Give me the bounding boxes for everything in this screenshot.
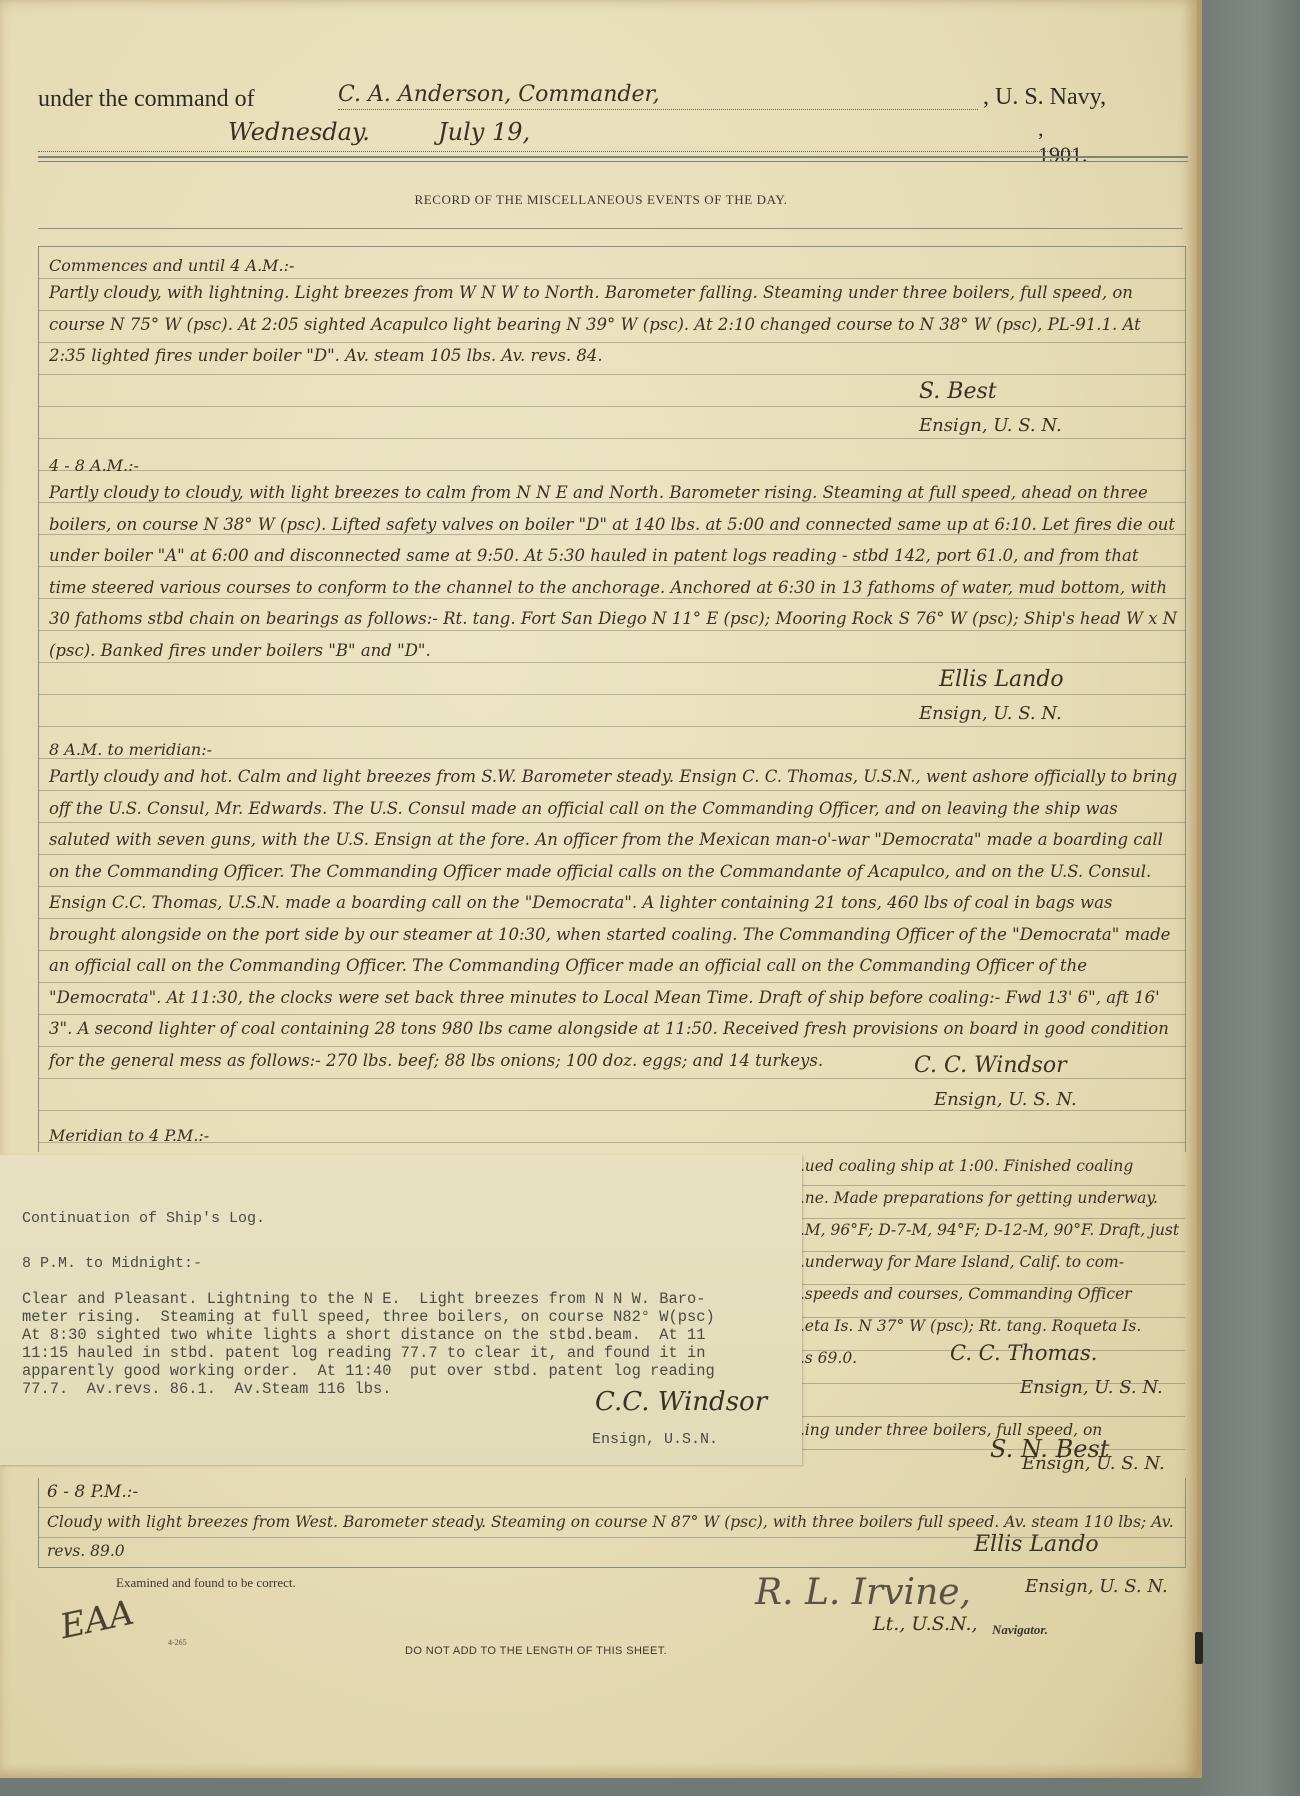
remnant-line: ...eta Is. N 37° W (psc); Rt. tang. Roqu… [790,1317,1141,1335]
rank-lando: Ensign, U. S. N. [919,703,1062,724]
continuation-watch-title: 8 P.M. to Midnight:- [22,1255,202,1272]
rank-best-2: Ensign, U. S. N. [1022,1453,1165,1474]
record-title: RECORD OF THE MISCELLANEOUS EVENTS OF TH… [0,192,1202,208]
watch-entry: Partly cloudy to cloudy, with light bree… [49,477,1179,666]
watch-title: Commences and until 4 A.M.:- [49,255,1179,277]
service-label: , U. S. Navy, [983,84,1106,111]
remnant-line: ...ne. Made preparations for getting und… [790,1189,1158,1207]
remnant-line: ...underway for Mare Island, Calif. to c… [790,1253,1124,1271]
rank-best: Ensign, U. S. N. [919,415,1062,436]
form-number: 4-265 [168,1638,187,1647]
watch-entry: Partly cloudy, with lightning. Light bre… [49,277,1179,372]
commander-name: C. A. Anderson, Commander, [338,82,978,110]
remnant-line: ...speeds and courses, Commanding Office… [790,1285,1132,1303]
watch-6-8pm: 6 - 8 P.M.:- Cloudy with light breezes f… [38,1478,1186,1568]
date: July 19, [438,118,530,146]
signature-best: S. Best [919,379,997,404]
rank-windsor-typed: Ensign, U.S.N. [592,1431,718,1448]
continuation-entry: Clear and Pleasant. Lightning to the N E… [22,1290,802,1398]
command-line: under the command of C. A. Anderson, Com… [38,82,1128,116]
signature-windsor: C. C. Windsor [914,1053,1067,1078]
covered-entries-remnant: ...ued coaling ship at 1:00. Finished co… [790,1153,1185,1475]
weekday: Wednesday. [228,118,370,146]
remnant-line: ...ued coaling ship at 1:00. Finished co… [790,1157,1133,1175]
navigator-signature: R. L. Irvine, [755,1572,971,1613]
watch-title: 6 - 8 P.M.:- [47,1482,138,1502]
examiner-initials: EAA [57,1593,138,1647]
remnant-line: ...M, 96°F; D-7-M, 94°F; D-12-M, 90°F. D… [790,1221,1179,1239]
scanner-backdrop [1200,0,1300,1796]
watch-8am-meridian: 8 A.M. to meridian:- Partly cloudy and h… [49,739,1179,1076]
command-label: under the command of [38,86,255,113]
rank-lando-2: Ensign, U. S. N. [1025,1576,1168,1597]
binding-clip [1195,1632,1203,1664]
examined-note: Examined and found to be correct. [116,1575,296,1591]
sheet-warning: DO NOT ADD TO THE LENGTH OF THIS SHEET. [405,1645,667,1657]
signature-lando-2: Ellis Lando [974,1532,1099,1557]
watch-4-8am: 4 - 8 A.M.:- Partly cloudy to cloudy, wi… [49,455,1179,666]
date-line: Wednesday. July 19, , 1901. [38,112,1078,152]
navigator-rank: Lt., U.S.N., [873,1613,978,1635]
rank-thomas: Ensign, U. S. N. [1020,1377,1163,1398]
header-divider [38,156,1188,162]
navigator-label: Navigator. [992,1622,1048,1638]
watch-title: 4 - 8 A.M.:- [49,455,1179,477]
rank-windsor: Ensign, U. S. N. [934,1089,1077,1110]
typed-continuation-slip: Continuation of Ship's Log. 8 P.M. to Mi… [0,1155,802,1465]
watch-title: Meridian to 4 P.M.:- [49,1125,1179,1147]
continuation-heading: Continuation of Ship's Log. [22,1210,265,1227]
signature-thomas: C. C. Thomas. [950,1341,1097,1365]
signature-windsor-typed: C.C. Windsor [595,1387,767,1417]
record-top-rule [38,228,1183,229]
events-record-box: Commences and until 4 A.M.:- Partly clou… [38,246,1186,1152]
watch-title: 8 A.M. to meridian:- [49,739,1179,761]
logbook-page: under the command of C. A. Anderson, Com… [0,0,1202,1778]
watch-entry: Partly cloudy and hot. Calm and light br… [49,761,1179,1076]
watch-meridian-4pm: Meridian to 4 P.M.:- [49,1125,1179,1147]
watch-midnight-4am: Commences and until 4 A.M.:- Partly clou… [49,255,1179,372]
signature-lando: Ellis Lando [939,667,1064,692]
